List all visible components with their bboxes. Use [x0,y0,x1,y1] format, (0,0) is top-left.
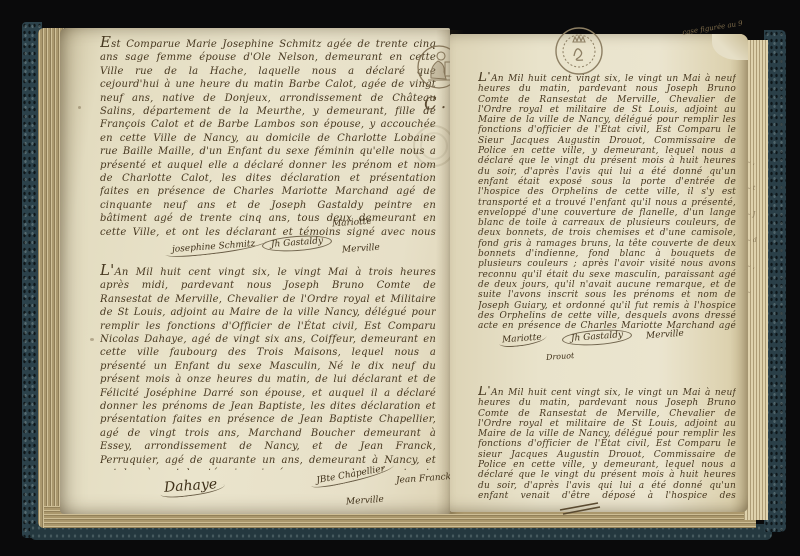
birth-record-entry-jean-baptiste-dahaye: L'An Mil huit cent vingt six, le vingt M… [100,264,436,470]
signature-josephine-schmitz: josephine Schmitz [172,239,256,255]
round-stamp-crowned-monogram-icon [554,26,604,76]
left-page: Est Comparue Marie Josephine Schmitz agé… [60,28,450,514]
signature-merville-right: Merville [646,329,684,342]
signature-dahaye: Dahaye [164,476,218,496]
foxing-spot [90,338,94,341]
end-flourish [558,500,602,516]
birth-record-entry-second-foundling: L'An Mil huit cent vingt six, le vingt u… [478,386,736,500]
photograph-of-open-register: ~ , ~ t ~ J ~ d ~ , ~ Est Comparue Marie… [0,0,800,556]
signature-mariotte-right: Mariotte [502,333,542,346]
signature-merville: Merville [342,243,380,256]
signature-merville-2: Merville [346,495,384,508]
foxing-spot [78,106,81,109]
birth-record-entry-charlotte-calot: Est Comparue Marie Josephine Schmitz agé… [100,36,436,238]
page-corner-curl [712,34,748,60]
signature-jh-gastaldy-right: Jh Gastaldy [562,328,633,348]
birth-record-entry-joseph-guiary-foundling: L'An Mil huit cent vingt six, le vingt u… [478,72,736,330]
signature-drouot: Drouot [546,351,575,362]
right-page: L'An Mil huit cent vingt six, le vingt u… [450,34,748,512]
